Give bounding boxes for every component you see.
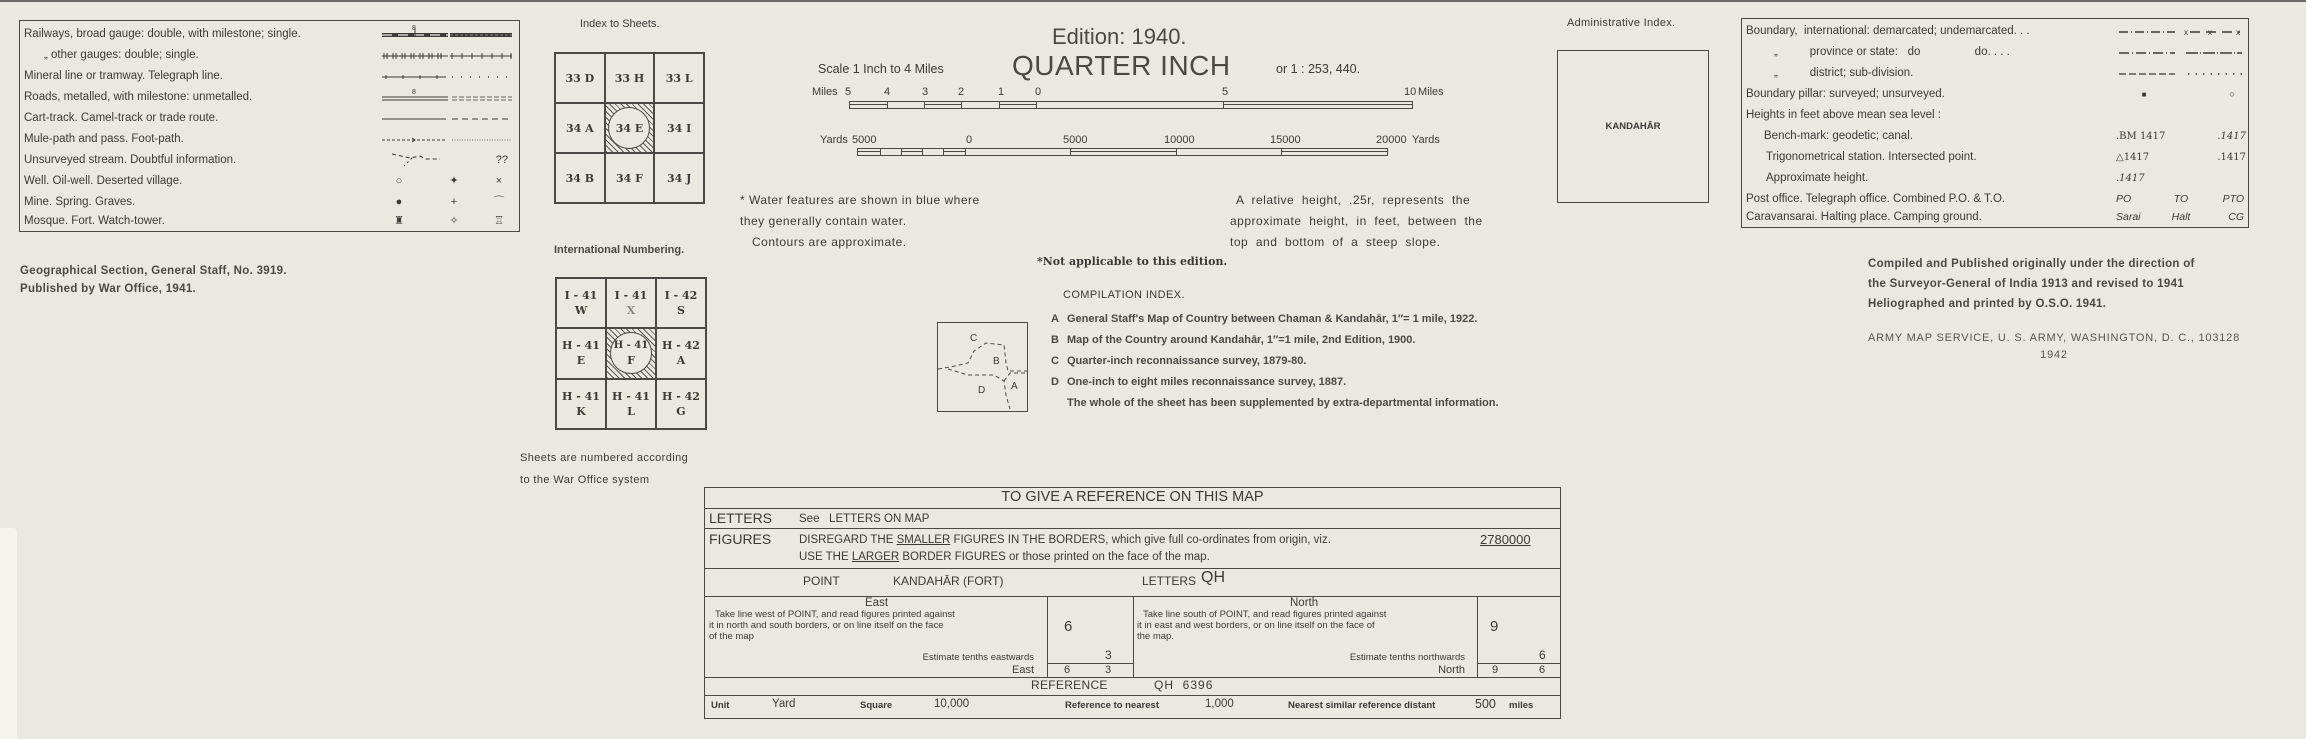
legend-label: Unsurveyed stream. Doubtful information. [24, 150, 236, 171]
sheet-label: 34 E [616, 121, 644, 136]
numbering-note-line1: Sheets are numbered according [520, 447, 688, 469]
east-line3: of the map [709, 631, 1034, 642]
figures-text: USE THE [799, 551, 852, 563]
legend-row-boundary-pillar: Boundary pillar: surveyed; unsurveyed. ■… [1746, 84, 2246, 105]
pillar-unsurveyed-icon: ○ [2222, 84, 2242, 105]
svg-text:8: 8 [412, 25, 416, 32]
sheet-label: 34 J [667, 171, 691, 186]
east-tenth: 3 [1105, 648, 1112, 662]
scale-tick: 5000 [1063, 134, 1087, 146]
watch-tower-icon: ♖ [486, 213, 512, 229]
legend-row-boundary-province: „ province or state: do do. . . . [1746, 42, 2246, 63]
intl-zone: H - 41 [562, 338, 600, 353]
svg-text:C: C [970, 333, 977, 344]
svg-text:x: x [2184, 28, 2188, 37]
letters-value: QH [1201, 569, 1225, 587]
figures-underlined: LARGER [852, 551, 899, 563]
oil-well-icon: ✦ [439, 171, 469, 192]
road-unmetalled-icon [448, 87, 514, 108]
letters-label: LETTERS [709, 510, 772, 526]
legend-label: Trigonometrical station. Intersected poi… [1766, 147, 1977, 168]
compilation-text: One-inch to eight miles reconnaissance s… [1067, 376, 1346, 388]
compilation-key: A [1051, 309, 1067, 330]
legend-label: Bench-mark: geodetic; canal. [1764, 126, 1913, 147]
index-to-sheets-grid: 33 D 33 H 33 L 34 A 34 E 34 I 34 B 34 F … [554, 52, 705, 204]
railway-other-double-icon [382, 45, 448, 66]
intl-zone: I - 41 [565, 288, 598, 303]
north-line2: it in east and west borders, or on line … [1137, 620, 1462, 631]
publisher-left-line1: Geographical Section, General Staff, No.… [20, 262, 287, 280]
scale-miles-prefix: Miles [812, 86, 838, 98]
east-result-tenth: 3 [1105, 664, 1111, 676]
north-tenth: 6 [1539, 648, 1546, 662]
legend-label: Mosque. Fort. Watch-tower. [24, 213, 165, 229]
telegraph-line-icon [448, 66, 514, 87]
legend-row-railways-broad: Railways, broad gauge: double, with mile… [24, 24, 514, 45]
army-map-service: ARMY MAP SERVICE, U. S. ARMY, WASHINGTON… [1849, 330, 2259, 364]
compilation-text: Quarter-inch reconnaissance survey, 1879… [1067, 355, 1306, 367]
intl-letter: L [612, 404, 650, 419]
numbering-note-line2: to the War Office system [520, 469, 688, 491]
compilation-key: C [1051, 351, 1067, 372]
figures-example: 2780000 [1480, 532, 1531, 547]
legend-label: Cart-track. Camel-track or trade route. [24, 108, 218, 129]
intl-letter: S [665, 303, 698, 318]
compilation-item-d: DOne-inch to eight miles reconnaissance … [1051, 372, 1499, 393]
unit-label: Unit [711, 700, 729, 711]
scale-tick: 5 [845, 86, 851, 98]
legend-label: Heights in feet above mean sea level : [1746, 105, 1941, 126]
svg-text:x: x [2236, 28, 2240, 37]
scale-tick: 10 [1404, 86, 1416, 98]
current-intl-cell: H - 41F [606, 328, 656, 378]
sheet-cell: 33 H [605, 53, 655, 103]
figures-text: DISREGARD THE [799, 534, 897, 546]
relative-note-line2: approximate height, in feet, between the [1230, 211, 1526, 232]
railway-broad-double-icon: 8 [382, 24, 448, 45]
sheet-cell: 33 L [654, 53, 704, 103]
compilation-diagram: C B A D [937, 322, 1028, 412]
legend-row-roads: Roads, metalled, with milestone: unmetal… [24, 87, 514, 108]
svg-text:D: D [978, 385, 985, 396]
intl-letter: W [565, 303, 598, 318]
east-major: 6 [1064, 618, 1072, 635]
tramway-icon [382, 66, 448, 87]
scale-bar-yards-body [857, 148, 1388, 156]
top-border-line [0, 0, 2306, 2]
page-edge [0, 528, 17, 739]
sheet-label: 33 H [615, 71, 645, 86]
scale-ratio: or 1 : 253, 440. [1276, 62, 1360, 76]
water-note-line1: * Water features are shown in blue where [740, 190, 980, 211]
scale-tick: 0 [966, 134, 972, 146]
publisher-right: Compiled and Published originally under … [1868, 254, 2195, 314]
north-result-tenth: 6 [1539, 664, 1545, 676]
camping-ground-value: CG [2212, 209, 2244, 225]
camel-track-icon [448, 108, 514, 129]
nearest-value: 1,000 [1205, 698, 1234, 710]
sheet-label: 34 F [616, 171, 643, 186]
svg-text:A: A [1011, 381, 1018, 392]
intersected-point-value: .1417 [2216, 147, 2246, 168]
svg-text:B: B [993, 356, 1000, 367]
district-boundary-icon [2117, 63, 2177, 84]
unit-value: Yard [772, 698, 795, 710]
legend-row-trig-station: Trigonometrical station. Intersected poi… [1746, 147, 2246, 168]
road-metalled-icon: 8 [382, 87, 448, 108]
legend-label: Post office. Telegraph office. Combined … [1746, 189, 2005, 210]
legend-label: Boundary pillar: surveyed; unsurveyed. [1746, 84, 1945, 105]
north-line3: the map. [1137, 631, 1462, 642]
administrative-region: KANDAHĀR [1606, 121, 1661, 132]
legend-label: Railways, broad gauge: double, with mile… [24, 24, 301, 45]
legend-row-boundary-intl: Boundary, international: demarcated; und… [1746, 21, 2246, 42]
deserted-village-icon: × [486, 171, 512, 192]
intl-zone: I - 42 [665, 288, 698, 303]
compilation-item-c: CQuarter-inch reconnaissance survey, 187… [1051, 351, 1499, 372]
intl-cell: I - 42S [656, 278, 706, 328]
contours-note: Contours are approximate. [740, 232, 980, 253]
halting-place-value: Halt [2166, 209, 2196, 225]
legend-conventional-signs: Railways, broad gauge: double, with mile… [19, 20, 520, 232]
compilation-text: Map of the Country around Kandahār, 1″=1… [1067, 334, 1415, 346]
mine-icon: ● [384, 192, 414, 213]
foot-path-icon [448, 129, 514, 150]
legend-label: „ province or state: do do. . . . [1774, 42, 2010, 63]
bench-mark-canal-value: .1417 [2216, 126, 2246, 147]
water-note: * Water features are shown in blue where… [740, 190, 980, 253]
combined-office-value: PTO [2212, 189, 2244, 210]
intl-letter: X [615, 303, 648, 318]
doubtful-info-icon: ?? [448, 150, 514, 171]
intl-zone: H - 41 [562, 389, 600, 404]
subdivision-boundary-icon [2184, 63, 2244, 84]
legend-row-heights-heading: Heights in feet above mean sea level : [1746, 105, 2246, 126]
letters-label-2: LETTERS [1142, 574, 1196, 588]
east-estimate: Estimate tenths eastwards [910, 652, 1034, 663]
sheet-cell: 34 B [555, 153, 605, 203]
sheet-label: 34 A [566, 121, 594, 136]
legend-label: Roads, metalled, with milestone: unmetal… [24, 87, 252, 108]
well-icon: ○ [384, 171, 414, 192]
east-heading: East [865, 597, 888, 609]
square-value: 10,000 [934, 698, 969, 710]
sheet-label: 33 D [565, 71, 594, 86]
scale-tick: 15000 [1270, 134, 1301, 146]
point-label: POINT [803, 574, 840, 588]
administrative-index-box: KANDAHĀR [1557, 50, 1709, 203]
relative-note-line3: top and bottom of a steep slope. [1230, 232, 1526, 253]
legend-row-cart-track: Cart-track. Camel-track or trade route. [24, 108, 514, 129]
scale-tick: 5000 [852, 134, 876, 146]
legend-row-approx-height: Approximate height. .1417 [1746, 168, 2246, 189]
sheet-cell: 34 F [605, 153, 655, 203]
intl-cell: I - 41X [606, 278, 656, 328]
cart-track-icon [382, 108, 448, 129]
square-label: Square [860, 700, 892, 711]
intl-zone: H - 41 [614, 338, 648, 353]
legend-row-well: Well. Oil-well. Deserted village. ○ ✦ × [24, 171, 514, 192]
caravansarai-value: Sarai [2116, 209, 2146, 225]
legend-label: Mineral line or tramway. Telegraph line. [24, 66, 223, 87]
edition-label: Edition: 1940. [1052, 24, 1187, 50]
scale-tick: 10000 [1164, 134, 1195, 146]
map-title: QUARTER INCH [1012, 50, 1231, 82]
east-line2: it in north and south borders, or on lin… [709, 620, 1034, 631]
legend-row-tramway: Mineral line or tramway. Telegraph line. [24, 66, 514, 87]
index-to-sheets-title: Index to Sheets. [580, 18, 660, 30]
intl-cell: H - 42G [656, 379, 706, 429]
water-note-line2: they generally contain water. [740, 211, 980, 232]
pillar-surveyed-icon: ■ [2134, 84, 2154, 105]
unsurveyed-stream-icon [382, 150, 448, 171]
figures-underlined: SMALLER [897, 534, 951, 546]
legend-row-caravansarai: Caravansarai. Halting place. Camping gro… [1746, 209, 2246, 225]
numbering-note: Sheets are numbered according to the War… [520, 447, 688, 491]
trig-station-value: △1417 [2116, 147, 2176, 168]
sheet-cell: 34 J [654, 153, 704, 203]
railway-other-single-icon [448, 45, 514, 66]
legend-row-mosque: Mosque. Fort. Watch-tower. ♜ ✧ ♖ [24, 213, 514, 229]
north-line1: Take line south of POINT, and read figur… [1137, 609, 1462, 620]
sheet-cell: 33 D [555, 53, 605, 103]
approx-height-value: .1417 [2116, 168, 2176, 189]
intl-zone: H - 42 [662, 338, 700, 353]
reference-value: QH 6396 [1154, 678, 1213, 692]
international-numbering-grid: I - 41W I - 41X I - 42S H - 41E H - 41F … [555, 277, 707, 430]
ams-line: ARMY MAP SERVICE, U. S. ARMY, WASHINGTON… [1849, 330, 2259, 347]
north-major: 9 [1490, 618, 1498, 635]
sheet-cell: 34 A [555, 103, 605, 153]
current-sheet-circle: 34 E [608, 107, 650, 149]
current-intl-circle: H - 41F [610, 332, 652, 374]
not-applicable-note: *Not applicable to this edition. [1037, 255, 1227, 268]
north-result-major: 9 [1492, 664, 1498, 676]
intl-zone: I - 41 [615, 288, 648, 303]
compilation-item-a: AGeneral Staff's Map of Country between … [1051, 309, 1499, 330]
east-instructions: Take line west of POINT, and read figure… [709, 609, 1034, 642]
legend-row-mine: Mine. Spring. Graves. ● + ⌒ [24, 192, 514, 213]
province-undemarcated-icon [2184, 42, 2244, 63]
scale-bar-miles-body [849, 101, 1413, 109]
scale-yards-suffix: Yards [1412, 134, 1440, 146]
compilation-supplement: The whole of the sheet has been suppleme… [1051, 393, 1499, 414]
intl-zone: H - 41 [612, 389, 650, 404]
letters-text: See LETTERS ON MAP [799, 513, 929, 525]
scale-tick: 4 [884, 86, 890, 98]
north-estimate: Estimate tenths northwards [1305, 652, 1465, 663]
scale-text: Scale 1 Inch to 4 Miles [818, 62, 944, 76]
scale-yards-prefix: Yards [820, 134, 848, 146]
legend-label: „ district; sub-division. [1774, 63, 1913, 84]
legend-row-mule-path: Mule-path and pass. Foot-path. [24, 129, 514, 150]
figures-label: FIGURES [709, 531, 771, 547]
legend-row-stream: Unsurveyed stream. Doubtful information.… [24, 150, 514, 171]
publisher-right-line3: Heliographed and printed by O.S.O. 1941. [1868, 294, 2195, 314]
compilation-key: B [1051, 330, 1067, 351]
figures-text: FIGURES IN THE BORDERS, which give full … [950, 534, 1331, 546]
intl-undemarcated-icon: xxx [2184, 21, 2244, 42]
distant-label: Nearest similar reference distant [1288, 700, 1435, 711]
bench-mark-geodetic-value: .BM 1417 [2116, 126, 2176, 147]
legend-boundaries-heights: Boundary, international: demarcated; und… [1741, 18, 2249, 228]
scale-tick: 5 [1222, 86, 1228, 98]
scale-tick: 3 [922, 86, 928, 98]
distant-unit: miles [1509, 700, 1533, 711]
scale-tick: 0 [1035, 86, 1041, 98]
point-value: KANDAHĀR (FORT) [893, 574, 1003, 588]
relative-note-line1: A relative height, .25r, represents the [1230, 190, 1526, 211]
legend-row-bench-mark: Bench-mark: geodetic; canal. .BM 1417 .1… [1746, 126, 2246, 147]
north-heading: North [1290, 597, 1318, 609]
spring-icon: + [439, 192, 469, 213]
reference-title: TO GIVE A REFERENCE ON THIS MAP [705, 489, 1560, 505]
ams-year: 1942 [1849, 347, 2259, 364]
intl-letter: E [562, 353, 600, 368]
figures-line2: USE THE LARGER BORDER FIGURES or those p… [799, 551, 1210, 563]
scale-tick: 1 [998, 86, 1004, 98]
north-instructions: Take line south of POINT, and read figur… [1137, 609, 1462, 642]
legend-row-boundary-district: „ district; sub-division. [1746, 63, 2246, 84]
compilation-key: D [1051, 372, 1067, 393]
publisher-left-line2: Published by War Office, 1941. [20, 280, 287, 298]
intl-cell: H - 42A [656, 328, 706, 378]
legend-label: Caravansarai. Halting place. Camping gro… [1746, 209, 1982, 225]
publisher-right-line1: Compiled and Published originally under … [1868, 254, 2195, 274]
scale-tick: 2 [958, 86, 964, 98]
north-footer: North [1395, 664, 1465, 676]
reference-label: REFERENCE [1031, 678, 1108, 692]
telegraph-office-value: TO [2166, 189, 2196, 210]
fort-icon: ✧ [439, 213, 469, 229]
east-footer: East [965, 664, 1034, 676]
legend-label: Approximate height. [1766, 168, 1868, 189]
legend-row-post-office: Post office. Telegraph office. Combined … [1746, 189, 2246, 210]
legend-label: Mule-path and pass. Foot-path. [24, 129, 184, 150]
publisher-right-line2: the Surveyor-General of India 1913 and r… [1868, 274, 2195, 294]
current-sheet-cell: 34 E [605, 103, 655, 153]
intl-cell: I - 41W [556, 278, 606, 328]
mosque-icon: ♜ [384, 213, 414, 229]
compilation-text: General Staff's Map of Country between C… [1067, 313, 1477, 325]
svg-text:x: x [2208, 28, 2212, 37]
graves-icon: ⌒ [486, 192, 512, 213]
intl-cell: H - 41K [556, 379, 606, 429]
figures-line1: DISREGARD THE SMALLER FIGURES IN THE BOR… [799, 534, 1331, 546]
reference-table: TO GIVE A REFERENCE ON THIS MAP LETTERS … [704, 487, 1561, 719]
legend-label: Boundary, international: demarcated; und… [1746, 21, 2030, 42]
legend-label: Mine. Spring. Graves. [24, 192, 135, 213]
intl-letter: F [614, 353, 648, 368]
post-office-value: PO [2116, 189, 2146, 210]
compilation-list: AGeneral Staff's Map of Country between … [1051, 309, 1499, 414]
intl-cell: H - 41E [556, 328, 606, 378]
sheet-cell: 34 I [654, 103, 704, 153]
intl-letter: G [662, 404, 700, 419]
scale-miles-suffix: Miles [1418, 86, 1444, 98]
svg-text:8: 8 [412, 89, 416, 96]
compilation-item-b: BMap of the Country around Kandahār, 1″=… [1051, 330, 1499, 351]
province-demarcated-icon [2117, 42, 2177, 63]
relative-height-note: A relative height, .25r, represents the … [1230, 190, 1526, 253]
sheet-label: 34 B [566, 171, 594, 186]
intl-demarcated-icon [2117, 21, 2177, 42]
legend-label: Well. Oil-well. Deserted village. [24, 171, 182, 192]
mule-path-icon [382, 129, 448, 150]
legend-label: „ other gauges: double; single. [44, 45, 199, 66]
sheet-label: 34 I [667, 121, 691, 136]
publisher-left: Geographical Section, General Staff, No.… [20, 262, 287, 298]
intl-letter: A [662, 353, 700, 368]
intl-zone: H - 42 [662, 389, 700, 404]
sheet-label: 33 L [666, 71, 693, 86]
compilation-index-title: COMPILATION INDEX. [1063, 289, 1185, 301]
doubtful-text: ?? [496, 154, 514, 166]
east-line1: Take line west of POINT, and read figure… [709, 609, 1034, 620]
international-numbering-title: International Numbering. [554, 244, 684, 256]
distant-value: 500 [1475, 697, 1496, 711]
nearest-label: Reference to nearest [1065, 700, 1159, 711]
railway-broad-single-icon [448, 24, 514, 45]
intl-letter: K [562, 404, 600, 419]
legend-row-railways-other: „ other gauges: double; single. [24, 45, 514, 66]
east-result-major: 6 [1064, 664, 1070, 676]
figures-text: BORDER FIGURES or those printed on the f… [899, 551, 1210, 563]
scale-tick: 20000 [1376, 134, 1407, 146]
intl-cell: H - 41L [606, 379, 656, 429]
administrative-index-title: Administrative Index. [1567, 17, 1675, 29]
